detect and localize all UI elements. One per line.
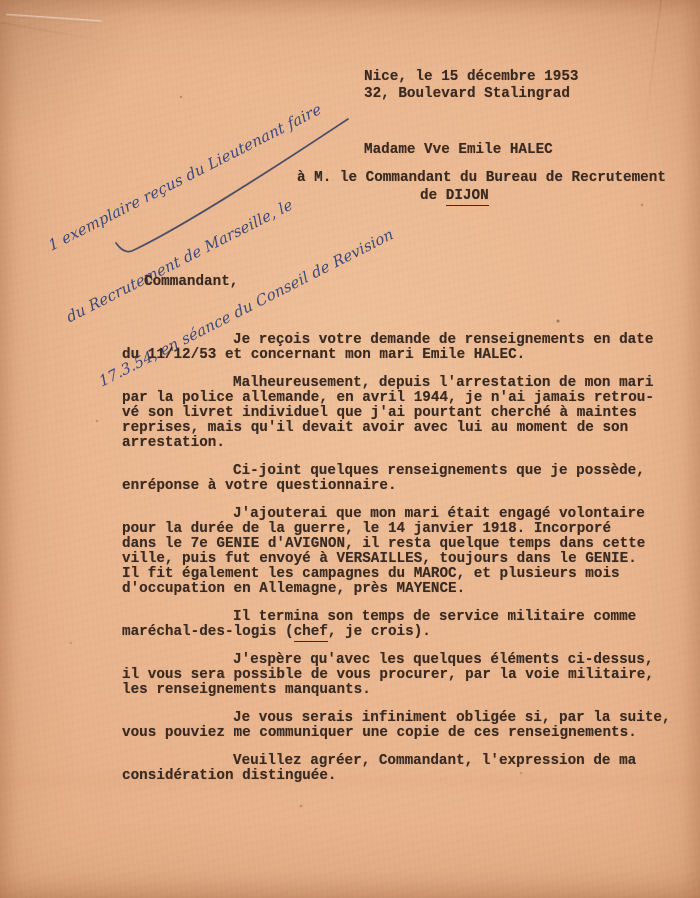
letter-page: 1 exemplaire reçus du Lieutenant faire d… xyxy=(0,0,700,898)
text-segment: considération distinguée. xyxy=(122,768,337,784)
paragraph: Veuillez agréer, Commandant, l'expressio… xyxy=(122,754,667,784)
text-segment: Je reçois votre demande de renseignement… xyxy=(233,332,653,348)
letter-line: arrestation. xyxy=(122,436,667,451)
letter-line: Il fit également les campagnes du MAROC,… xyxy=(122,567,667,582)
recipient-city: DIJON xyxy=(446,188,489,206)
letter-line: les renseignements manquants. xyxy=(122,683,667,698)
text-segment: Ci-joint quelques renseignements que je … xyxy=(233,463,645,479)
text-segment: J'espère qu'avec les quelques éléments c… xyxy=(233,652,653,668)
text-segment: les renseignements manquants. xyxy=(122,682,371,698)
letter-line: Il termina son temps de service militair… xyxy=(122,610,667,625)
letter-place-date: Nice, le 15 décembre 1953 xyxy=(364,70,579,85)
text-segment: arrestation. xyxy=(122,435,225,451)
letter-line: J'espère qu'avec les quelques éléments c… xyxy=(122,653,667,668)
text-segment: par la police allemande, en avril 1944, … xyxy=(122,390,654,406)
text-segment: vous pouviez me communiquer une copie de… xyxy=(122,725,637,741)
paper-crease-top-left xyxy=(6,14,102,24)
letter-line: vé son livret individuel que j'ai pourta… xyxy=(122,406,667,421)
letter-line: Veuillez agréer, Commandant, l'expressio… xyxy=(122,754,667,769)
paragraph: J'ajouterai que mon mari était engagé vo… xyxy=(122,507,667,597)
text-segment: reprises, mais qu'il devait avoir avec l… xyxy=(122,420,628,436)
paragraph: Ci-joint quelques renseignements que je … xyxy=(122,464,667,494)
paragraph: Je reçois votre demande de renseignement… xyxy=(122,333,667,363)
recipient-line: à M. le Commandant du Bureau de Recrutem… xyxy=(297,171,666,186)
text-segment: Malheureusement, depuis l'arrestation de… xyxy=(233,375,653,391)
text-segment: dans le 7e GENIE d'AVIGNON, il resta que… xyxy=(122,536,645,552)
text-segment: il vous sera possible de vous procurer, … xyxy=(122,667,654,683)
sender-address: 32, Boulevard Stalingrad xyxy=(364,87,570,102)
text-segment: vé son livret individuel que j'ai pourta… xyxy=(122,405,637,421)
paragraph: Il termina son temps de service militair… xyxy=(122,610,667,640)
letter-line: vous pouviez me communiquer une copie de… xyxy=(122,726,667,741)
letter-line: Malheureusement, depuis l'arrestation de… xyxy=(122,376,667,391)
text-segment: maréchal-des-logis ( xyxy=(122,624,294,640)
salutation: Commandant, xyxy=(144,275,667,290)
letter-line: reprises, mais qu'il devait avoir avec l… xyxy=(122,421,667,436)
letter-line: enréponse à votre questionnaire. xyxy=(122,479,667,494)
paragraph: Je vous serais infiniment obligée si, pa… xyxy=(122,711,667,741)
sender-name: Madame Vve Emile HALEC xyxy=(364,143,553,158)
paragraph: J'espère qu'avec les quelques éléments c… xyxy=(122,653,667,698)
letter-line: dans le 7e GENIE d'AVIGNON, il resta que… xyxy=(122,537,667,552)
letter-line: pour la durée de la guerre, le 14 janvie… xyxy=(122,522,667,537)
text-segment: du 11/12/53 et concernant mon mari Emile… xyxy=(122,347,525,363)
text-segment: ville, puis fut envoyé à VERSAILLES, tou… xyxy=(122,551,637,567)
letter-line: par la police allemande, en avril 1944, … xyxy=(122,391,667,406)
recipient-city-prefix: de xyxy=(420,188,446,204)
letter-body: Commandant, Je reçois votre demande de r… xyxy=(122,245,667,784)
text-segment: d'occupation en Allemagne, près MAYENCE. xyxy=(122,581,465,597)
paragraph: Malheureusement, depuis l'arrestation de… xyxy=(122,376,667,451)
letter-line: considération distinguée. xyxy=(122,769,667,784)
letter-line: du 11/12/53 et concernant mon mari Emile… xyxy=(122,348,667,363)
letter-line: J'ajouterai que mon mari était engagé vo… xyxy=(122,507,667,522)
letter-line: maréchal-des-logis (chef, je crois). xyxy=(122,625,667,640)
letter-line: Ci-joint quelques renseignements que je … xyxy=(122,464,667,479)
text-segment: enréponse à votre questionnaire. xyxy=(122,478,397,494)
letter-line: Je reçois votre demande de renseignement… xyxy=(122,333,667,348)
text-segment: J'ajouterai que mon mari était engagé vo… xyxy=(233,506,645,522)
paper-crease-right xyxy=(643,0,662,136)
text-segment: Je vous serais infiniment obligée si, pa… xyxy=(233,710,671,726)
recipient-city-line: de DIJON xyxy=(420,189,489,204)
text-segment: , je crois). xyxy=(328,624,431,640)
text-segment: Il fit également les campagnes du MAROC,… xyxy=(122,566,620,582)
text-segment: Il termina son temps de service militair… xyxy=(233,609,636,625)
text-segment: Veuillez agréer, Commandant, l'expressio… xyxy=(233,753,636,769)
text-segment: pour la durée de la guerre, le 14 janvie… xyxy=(122,521,611,537)
paper-crease-shadow xyxy=(1,22,120,45)
underlined-word: chef xyxy=(294,624,328,642)
letter-line: Je vous serais infiniment obligée si, pa… xyxy=(122,711,667,726)
letter-line: il vous sera possible de vous procurer, … xyxy=(122,668,667,683)
letter-line: ville, puis fut envoyé à VERSAILLES, tou… xyxy=(122,552,667,567)
letter-line: d'occupation en Allemagne, près MAYENCE. xyxy=(122,582,667,597)
paper-specks xyxy=(0,0,2,2)
